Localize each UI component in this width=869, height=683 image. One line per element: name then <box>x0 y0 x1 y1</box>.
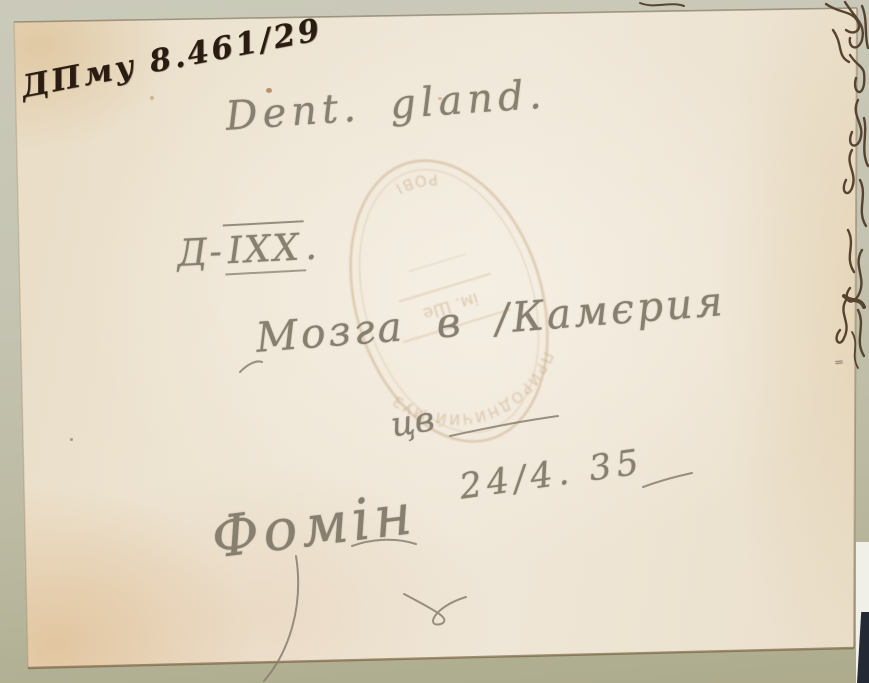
svg-text:РОВІ: РОВІ <box>389 166 442 201</box>
roman-suffix: . <box>304 225 320 269</box>
photographed-card-scene: ПРИРОДНИЧИЙ МУЗЕЙ РОВІ ім. Ше <box>0 0 869 683</box>
roman-numeral: ІХХ <box>222 220 306 275</box>
pencil-abbreviation: цв <box>388 399 437 445</box>
roman-numeral-label: Д-ІХХ. <box>176 225 320 275</box>
pencil-note-mark: ₌ <box>833 349 845 371</box>
roman-prefix: Д- <box>176 230 225 275</box>
stamp-arc-bottom-text: РОВІ <box>389 166 442 201</box>
